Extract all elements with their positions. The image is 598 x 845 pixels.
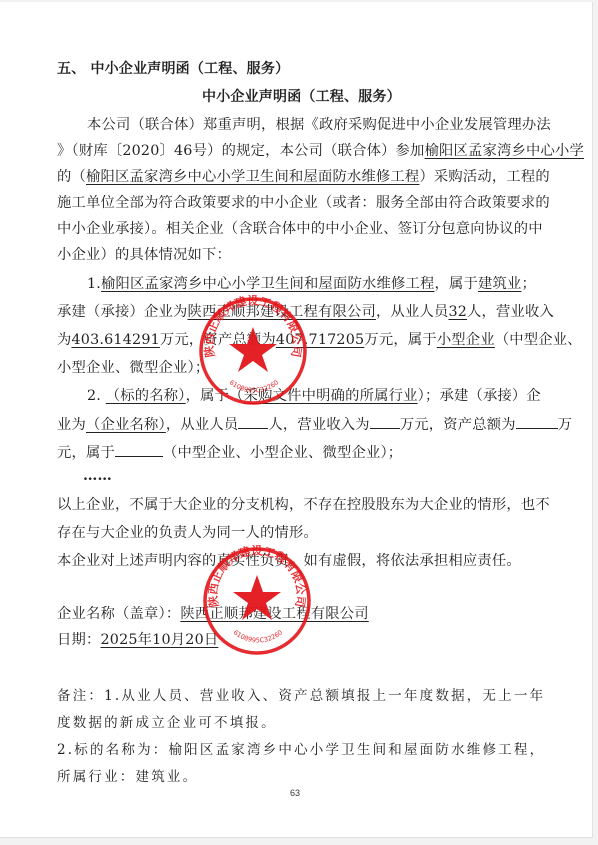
text: ）；承建（承接）企 [418, 388, 541, 404]
statement-line: 以上企业，不属于大企业的分支机构，不存在控股股东为大企业的情形，也不 [57, 495, 550, 515]
text: 万元，资产总额为 [400, 417, 516, 433]
paragraph-line: 的（榆阳区孟家湾乡中心小学卫生间和屋面防水维修工程）采购活动，工程的 [57, 167, 550, 187]
page-number: 63 [290, 788, 300, 798]
item-industry-placeholder: 采购文件中明确的所属行业 [244, 388, 418, 404]
revenue-value: 403.614291 [72, 332, 160, 348]
paragraph-line: 本公司（联合体）郑重声明，根据《政府采购促进中小企业发展管理办法 [87, 115, 551, 135]
statement-line: 本企业对上述声明内容的真实性负责。如有虚假，将依法承担相应责任。 [57, 551, 521, 571]
text: 承建（承接）企业为 [57, 304, 187, 320]
item-number: 1. [87, 276, 101, 292]
svg-text:6108995C32260: 6108995C32260 [232, 628, 284, 644]
revenue-blank [370, 414, 400, 429]
text: 业为 [57, 417, 86, 433]
company-name: 陕西正顺邦建设工程有限公司 [180, 606, 368, 622]
document-page: 五、 中小企业声明函（工程、服务） 中小企业声明函（工程、服务） 本公司（联合体… [0, 2, 593, 838]
text: 元，属于 [57, 445, 115, 461]
company-label: 企业名称（盖章）： [57, 606, 180, 622]
paragraph-line: 》（财库〔2020〕46号）的规定，本公司（联合体）参加榆阳区孟家湾乡中心小学 [57, 141, 584, 161]
assets-blank [516, 414, 558, 429]
item-industry: 建筑业 [478, 276, 522, 292]
note-line: 备注：1.从业人员、营业收入、资产总额填报上一年度数据，无上一年 [57, 686, 545, 706]
ellipsis: …… [83, 466, 112, 486]
text: 为 [57, 332, 72, 348]
item-1-line: 为403.614291万元，资产总额为407.717205万元，属于小型企业（中… [57, 330, 582, 350]
text: 》（财库〔2020〕46号）的规定，本公司（联合体）参加 [57, 143, 425, 159]
text: 万元，属于 [364, 332, 436, 348]
note-line: 度数据的新成立企业可不填报。 [57, 713, 277, 733]
text: 万元，资产总额为 [160, 332, 276, 348]
section-heading: 五、 中小企业声明函（工程、服务） [57, 59, 289, 79]
item-1-line: 小型企业、微型企业）； [57, 358, 209, 378]
date-label: 日期： [57, 632, 101, 648]
text: ，从业人员 [376, 304, 448, 320]
purchaser-name: 榆阳区孟家湾乡中心小学 [425, 143, 584, 159]
paragraph-line: 小企业）的具体情况如下： [57, 245, 231, 265]
date-value: 2025年10月20日 [101, 632, 219, 648]
signature-date-line: 日期：2025年10月20日 [57, 630, 218, 650]
item-1-line: 1.榆阳区孟家湾乡中心小学卫生间和屋面防水维修工程，属于建筑业； [87, 274, 536, 294]
item-2-line: 业为（企业名称），从业人员人，营业收入为万元，资产总额为万 [57, 414, 572, 435]
size-blank [115, 442, 163, 457]
item-number: 2. [87, 388, 101, 404]
text: ，属于（ [186, 388, 244, 404]
text: （中型企业、 [495, 332, 582, 348]
enterprise-size: 小型企业 [437, 332, 495, 348]
text: 万 [558, 417, 573, 433]
item-1-line: 承建（承接）企业为陕西正顺邦建设工程有限公司，从业人员32人，营业收入 [57, 302, 554, 322]
text: ，属于 [434, 276, 478, 292]
item-2-line: 元，属于（中型企业、小型企业、微型企业）； [57, 442, 402, 463]
text: 人，营业收入为 [268, 417, 369, 433]
contractor-name: 陕西正顺邦建设工程有限公司 [187, 304, 375, 320]
text: ）采购活动，工程的 [419, 169, 549, 185]
text: ，从业人员 [166, 417, 238, 433]
paragraph-line: 施工单位全部为符合政策要求的中小企业（或者：服务全部由符合政策要求的 [57, 193, 550, 213]
statement-line: 存在与大企业的负责人为同一人的情形。 [57, 523, 318, 543]
item-2-line: 2. （标的名称），属于（采购文件中明确的所属行业）；承建（承接）企 [87, 386, 541, 406]
text: 的（ [57, 169, 86, 185]
note-line: 所属行业：建筑业。 [57, 767, 198, 787]
paragraph-line: 中小企业承接）。相关企业（含联合体中的中小企业、签订分包意向协议的中 [57, 219, 543, 239]
document-title: 中小企业声明函（工程、服务） [202, 87, 401, 107]
signature-company-line: 企业名称（盖章）：陕西正顺邦建设工程有限公司 [57, 604, 369, 624]
staff-count: 32 [448, 304, 467, 320]
project-name: 榆阳区孟家湾乡中心小学卫生间和屋面防水维修工程 [86, 169, 419, 185]
text: ； [521, 276, 536, 292]
item-project: 榆阳区孟家湾乡中心小学卫生间和屋面防水维修工程 [101, 276, 434, 292]
text: （中型企业、小型企业、微型企业）； [163, 445, 402, 461]
note-line: 2.标的名称为：榆阳区孟家湾乡中心小学卫生间和屋面防水维修工程， [57, 740, 545, 760]
text: 人，营业收入 [467, 304, 554, 320]
item-name-placeholder: （标的名称） [106, 388, 186, 404]
assets-value: 407.717205 [276, 332, 364, 348]
staff-blank [238, 414, 268, 429]
contractor-placeholder: （企业名称） [86, 417, 166, 433]
